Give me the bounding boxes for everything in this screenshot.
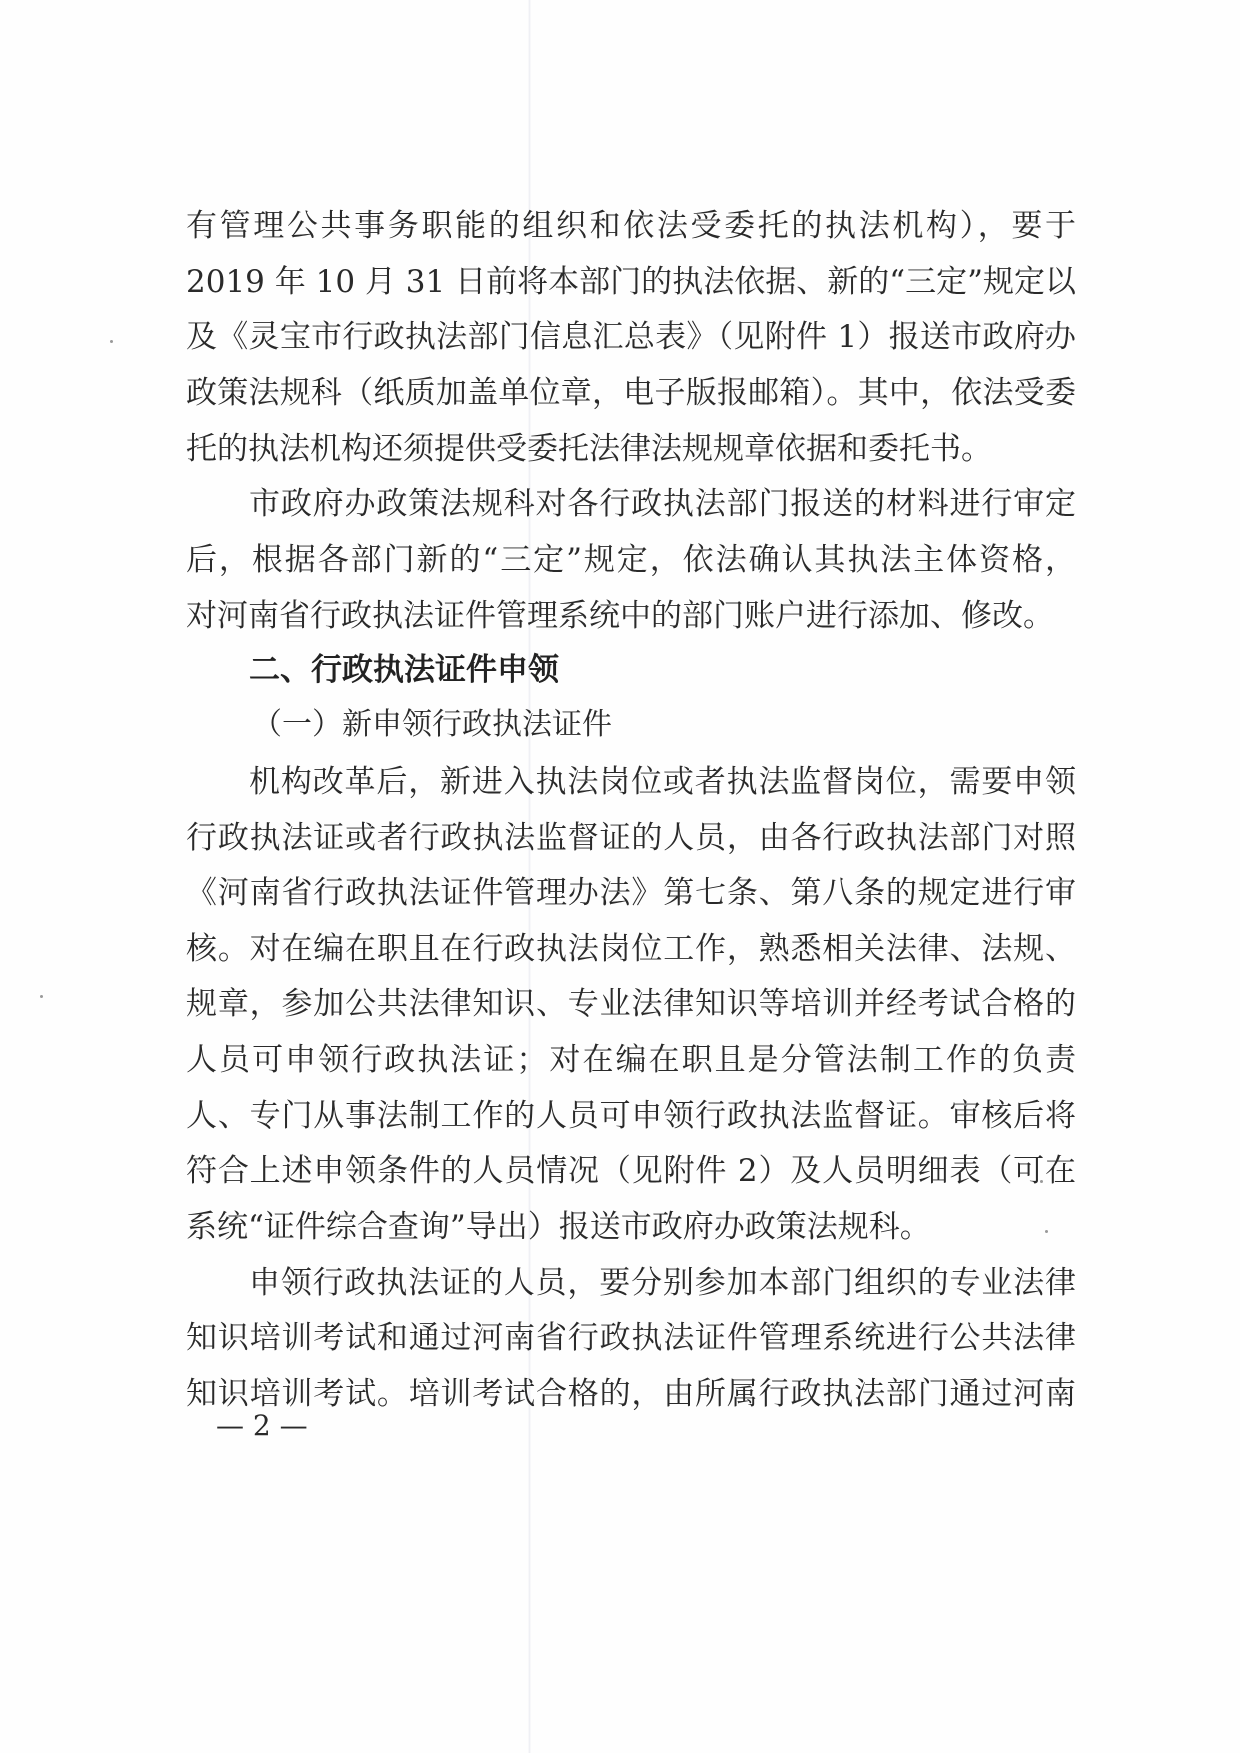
scan-speck — [110, 340, 113, 343]
scan-speck — [40, 995, 43, 998]
paragraph-1-line-3: 及《灵宝市行政执法部门信息汇总表》（见附件 1）报送市政府办 — [186, 317, 1076, 357]
paragraph-1-line-2: 2019 年 10 月 31 日前将本部门的执法依据、新的“三定”规定以 — [186, 262, 1076, 302]
paragraph-3-line-2: 行政执法证或者行政执法监督证的人员，由各行政执法部门对照 — [186, 818, 1076, 858]
page-number: — 2 — — [216, 1408, 308, 1444]
scan-speck — [1040, 1180, 1043, 1183]
paragraph-1-line-1: 有管理公共事务职能的组织和依法受委托的执法机构），要于 — [186, 206, 1076, 246]
scan-speck — [1045, 330, 1048, 333]
paragraph-2-line-1: 市政府办政策法规科对各行政执法部门报送的材料进行审定 — [249, 484, 1076, 524]
paragraph-3-line-4: 核。对在编在职且在行政执法岗位工作，熟悉相关法律、法规、 — [186, 929, 1076, 969]
paragraph-3-line-1: 机构改革后，新进入执法岗位或者执法监督岗位，需要申领 — [249, 762, 1076, 802]
paragraph-4-line-1: 申领行政执法证的人员，要分别参加本部门组织的专业法律 — [249, 1263, 1076, 1303]
subsection-heading: （一）新申领行政执法证件 — [252, 705, 612, 745]
document-page: 有管理公共事务职能的组织和依法受委托的执法机构），要于 2019 年 10 月 … — [0, 0, 1240, 1753]
paragraph-4-line-3: 知识培训考试。培训考试合格的，由所属行政执法部门通过河南 — [186, 1374, 1076, 1414]
paragraph-3-line-5: 规章，参加公共法律知识、专业法律知识等培训并经考试合格的 — [186, 984, 1076, 1024]
paragraph-3-line-7: 人、专门从事法制工作的人员可申领行政执法监督证。审核后将 — [186, 1096, 1076, 1136]
section-heading: 二、行政执法证件申领 — [249, 650, 559, 690]
paragraph-3-line-6: 人员可申领行政执法证；对在编在职且是分管法制工作的负责 — [186, 1040, 1076, 1080]
paragraph-3-line-9: 系统“证件综合查询”导出）报送市政府办政策法规科。 — [186, 1207, 1076, 1247]
paragraph-1-line-5: 托的执法机构还须提供受委托法律法规规章依据和委托书。 — [186, 429, 1076, 469]
paragraph-2-line-2: 后，根据各部门新的“三定”规定，依法确认其执法主体资格， — [186, 540, 1076, 580]
paragraph-3-line-8: 符合上述申领条件的人员情况（见附件 2）及人员明细表（可在 — [186, 1151, 1076, 1191]
paragraph-4-line-2: 知识培训考试和通过河南省行政执法证件管理系统进行公共法律 — [186, 1318, 1076, 1358]
paragraph-2-line-3: 对河南省行政执法证件管理系统中的部门账户进行添加、修改。 — [186, 596, 1076, 636]
scan-speck — [1045, 1230, 1048, 1233]
paragraph-3-line-3: 《河南省行政执法证件管理办法》第七条、第八条的规定进行审 — [186, 873, 1076, 913]
paragraph-1-line-4: 政策法规科（纸质加盖单位章，电子版报邮箱）。其中，依法受委 — [186, 373, 1076, 413]
